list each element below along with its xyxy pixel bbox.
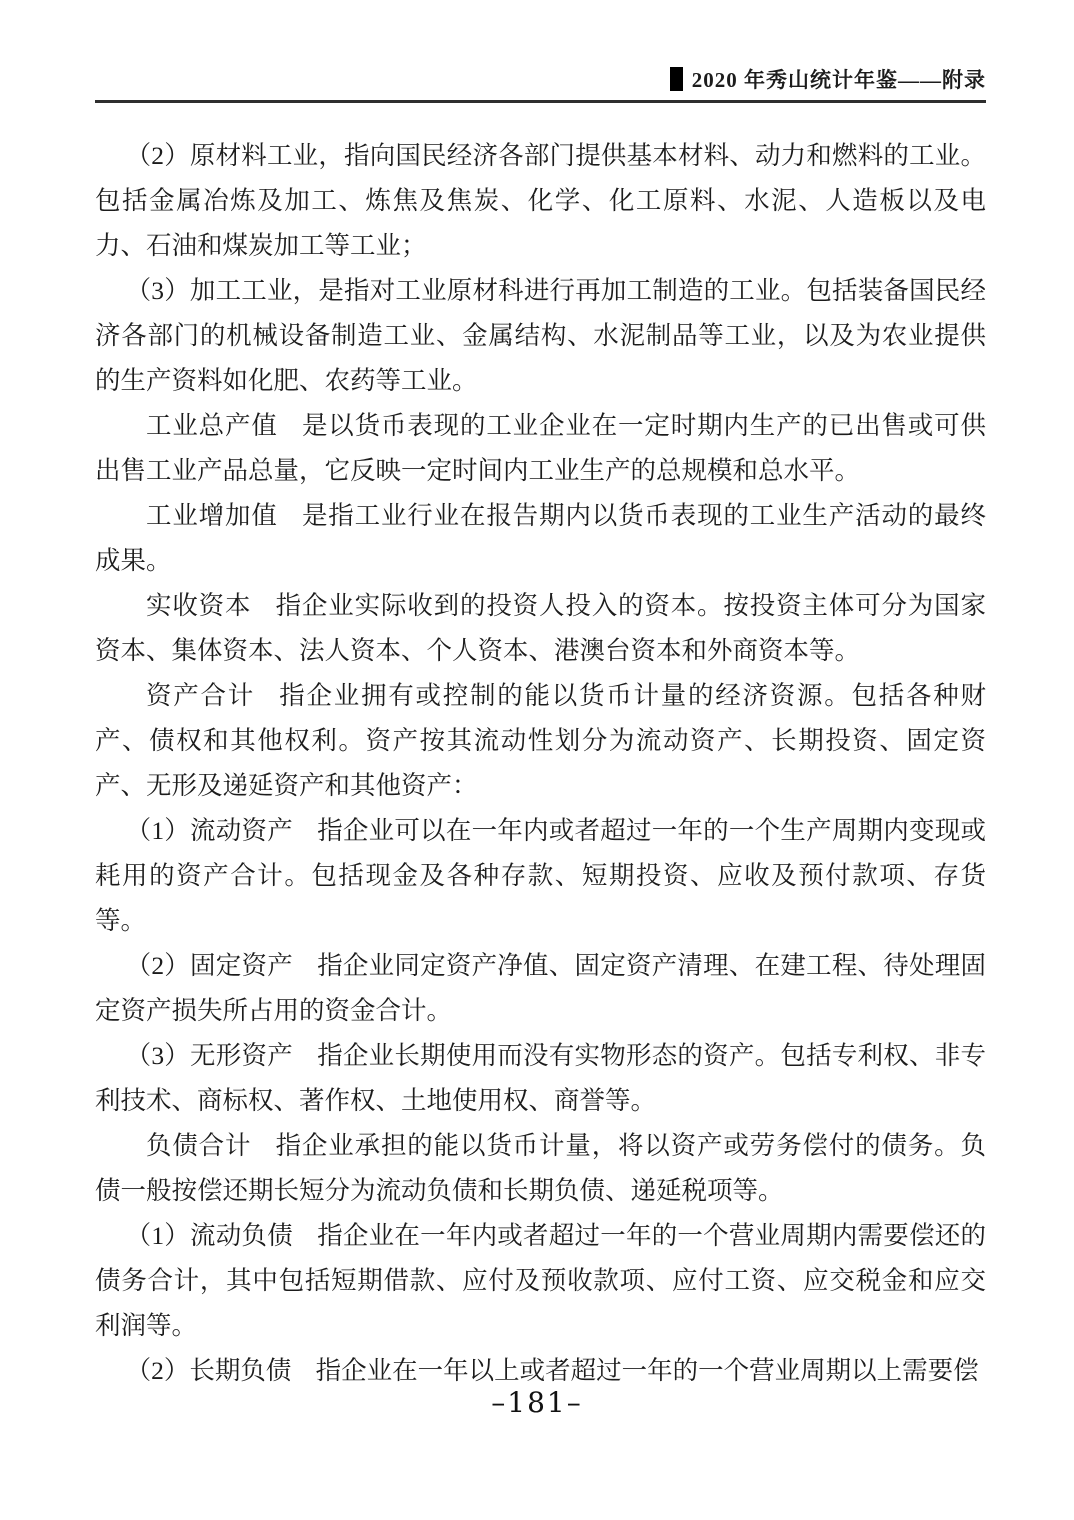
paragraph: 工业总产值是以货币表现的工业企业在一定时期内生产的已出售或可供出售工业产品总量，… (95, 403, 986, 493)
term-label: （3）无形资产 (126, 1041, 318, 1070)
paragraph: （1）流动负债指企业在一年内或者超过一年的一个营业周期内需要偿还的债务合计，其中… (95, 1213, 986, 1348)
term-label: （2）固定资产 (126, 951, 318, 980)
term-label: 资产合计 (146, 681, 279, 710)
document-body: （2）原材料工业，指向国民经济各部门提供基本材料、动力和燃料的工业。包括金属冶炼… (95, 133, 986, 1393)
paragraph: 工业增加值是指工业行业在报告期内以货币表现的工业生产活动的最终成果。 (95, 493, 986, 583)
page-header: 2020 年秀山统计年鉴——附录 (670, 64, 986, 94)
yearbook-page: 2020 年秀山统计年鉴——附录 （2）原材料工业，指向国民经济各部门提供基本材… (0, 0, 1074, 1520)
header-rule (95, 100, 986, 103)
paragraph-text: （2）原材料工业，指向国民经济各部门提供基本材料、动力和燃料的工业。包括金属冶炼… (95, 141, 986, 260)
paragraph: 资产合计指企业拥有或控制的能以货币计量的经济资源。包括各种财产、债权和其他权利。… (95, 673, 986, 808)
paragraph: 实收资本指企业实际收到的投资人投入的资本。按投资主体可分为国家资本、集体资本、法… (95, 583, 986, 673)
paragraph: 负债合计指企业承担的能以货币计量，将以资产或劳务偿付的债务。负债一般按偿还期长短… (95, 1123, 986, 1213)
term-label: （2）长期负债 (126, 1356, 316, 1385)
term-label: （1）流动负债 (126, 1221, 318, 1250)
paragraph: （2）固定资产指企业同定资产净值、固定资产清理、在建工程、待处理固定资产损失所占… (95, 943, 986, 1033)
header-title: 2020 年秀山统计年鉴——附录 (692, 68, 986, 92)
term-label: 负债合计 (146, 1131, 276, 1160)
paragraph-text: （3）加工工业，是指对工业原材科进行再加工制造的工业。包括装备国民经济各部门的机… (95, 276, 986, 395)
paragraph: （3）无形资产指企业长期使用而没有实物形态的资产。包括专利权、非专利技术、商标权… (95, 1033, 986, 1123)
paragraph-text: 指企业在一年以上或者超过一年的一个营业周期以上需要偿 (316, 1356, 979, 1385)
paragraph: （1）流动资产指企业可以在一年内或者超过一年的一个生产周期内变现或耗用的资产合计… (95, 808, 986, 943)
page-footer: –181– (0, 1386, 1074, 1419)
paragraph: （3）加工工业，是指对工业原材科进行再加工制造的工业。包括装备国民经济各部门的机… (95, 268, 986, 403)
paragraph: （2）原材料工业，指向国民经济各部门提供基本材料、动力和燃料的工业。包括金属冶炼… (95, 133, 986, 268)
term-label: （1）流动资产 (126, 816, 318, 845)
term-label: 实收资本 (146, 591, 276, 620)
term-label: 工业总产值 (146, 411, 302, 440)
page-number: –181– (491, 1386, 582, 1419)
term-label: 工业增加值 (146, 501, 302, 530)
black-bar-icon (670, 67, 683, 91)
